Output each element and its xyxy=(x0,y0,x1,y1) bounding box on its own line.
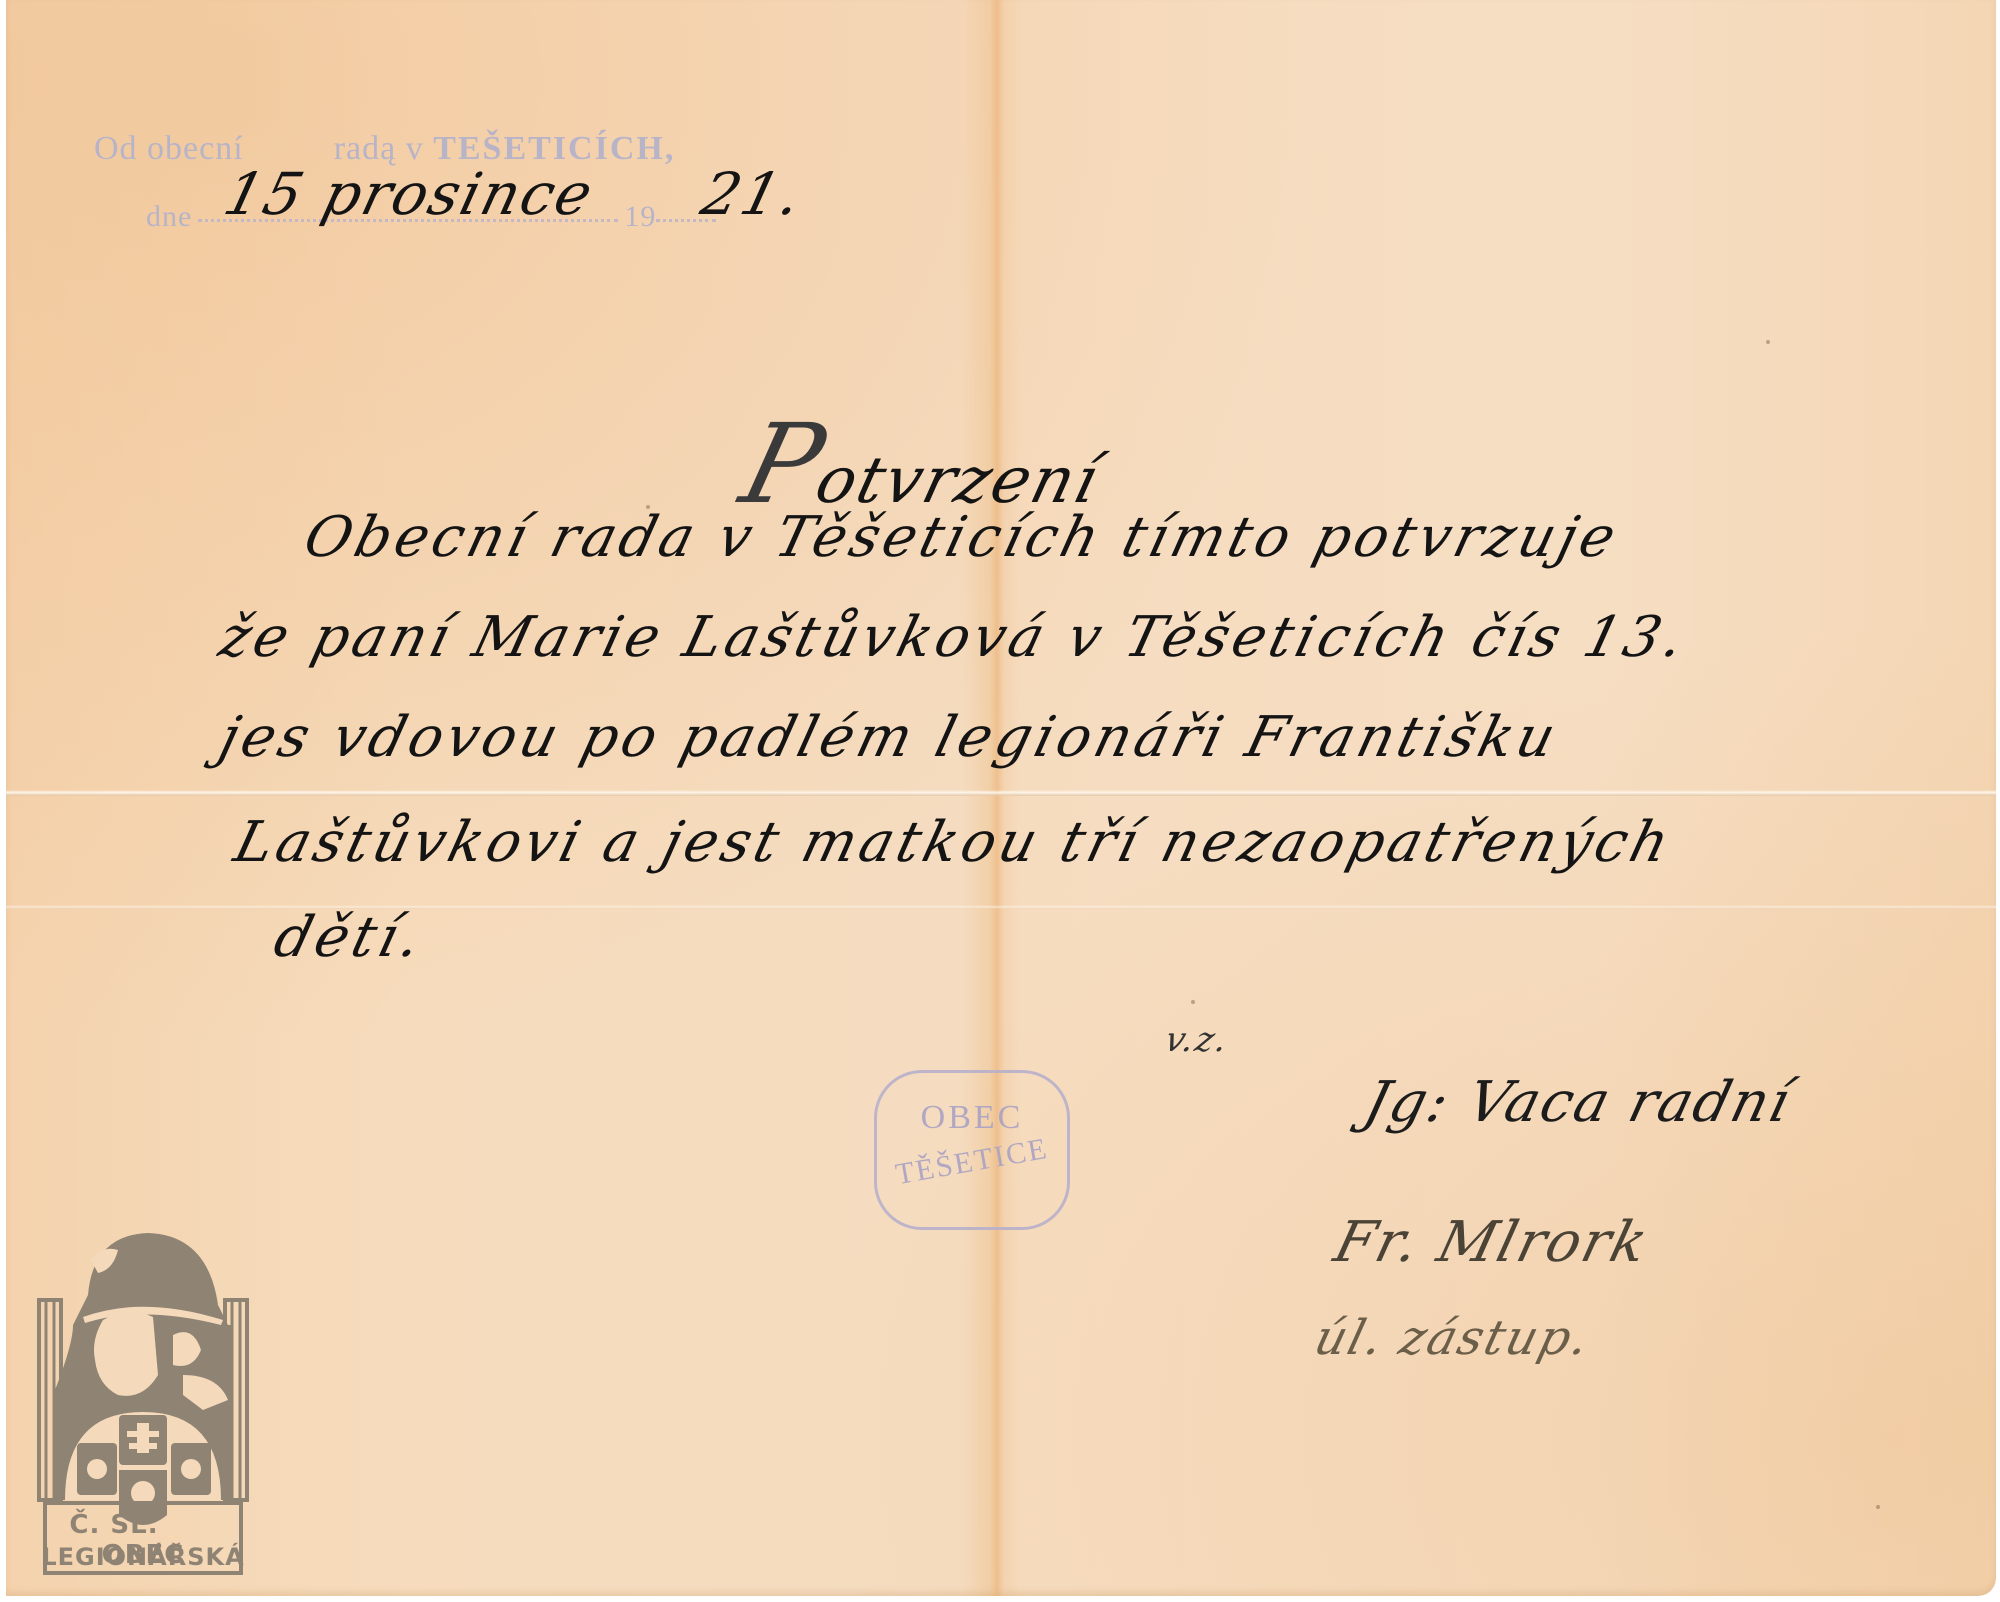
body-line: že paní Marie Laštůvková v Těšeticích čí… xyxy=(213,605,1694,670)
signature-deputy: Fr. Mlrork xyxy=(1328,1210,1656,1275)
signature-councillor: Jg: Vaca radní xyxy=(1358,1070,1798,1135)
document-paper: Od obecníradą v TEŠETICÍCH, dne19 15 pro… xyxy=(6,0,1996,1596)
date-year: 21. xyxy=(695,160,810,228)
logo-text-line-2: LEGIONÁŘSKÁ xyxy=(33,1543,253,1571)
letterhead-prefix: Od obecní xyxy=(94,130,244,167)
legionnaire-logo: Č. SL.OBEC LEGIONÁŘSKÁ xyxy=(33,1225,253,1575)
body-line: Laštůvkovi a jest matkou tří nezaopatřen… xyxy=(228,810,1680,875)
stamp-top-text: OBEC xyxy=(877,1099,1067,1137)
municipal-stamp: OBEC TĚŠETICE xyxy=(874,1070,1070,1230)
paper-speck xyxy=(1191,1000,1195,1004)
paper-speck xyxy=(1876,1505,1880,1509)
body-line: jes vdovou po padlém legionáři Františku xyxy=(213,705,1566,770)
date-month: prosince xyxy=(316,160,601,228)
body-line: dětí. xyxy=(268,905,431,970)
paper-speck xyxy=(1766,340,1770,344)
logo-text-csl: Č. SL. xyxy=(69,1510,158,1540)
body-line: Obecní rada v Těšeticích tímto potvrzuje xyxy=(298,505,1626,570)
date-day: 15 xyxy=(218,160,313,228)
stamp-bottom-text: TĚŠETICE xyxy=(875,1129,1068,1195)
letterhead-date-label: dne xyxy=(146,200,192,233)
vertical-fold-crease xyxy=(990,0,1004,1596)
vz-mark: v.z. xyxy=(1161,1020,1234,1060)
handwritten-date: 15 prosince 21. xyxy=(218,160,811,228)
signature-title: úl. zástup. xyxy=(1309,1310,1596,1366)
horizontal-fold-crease xyxy=(6,790,1996,796)
